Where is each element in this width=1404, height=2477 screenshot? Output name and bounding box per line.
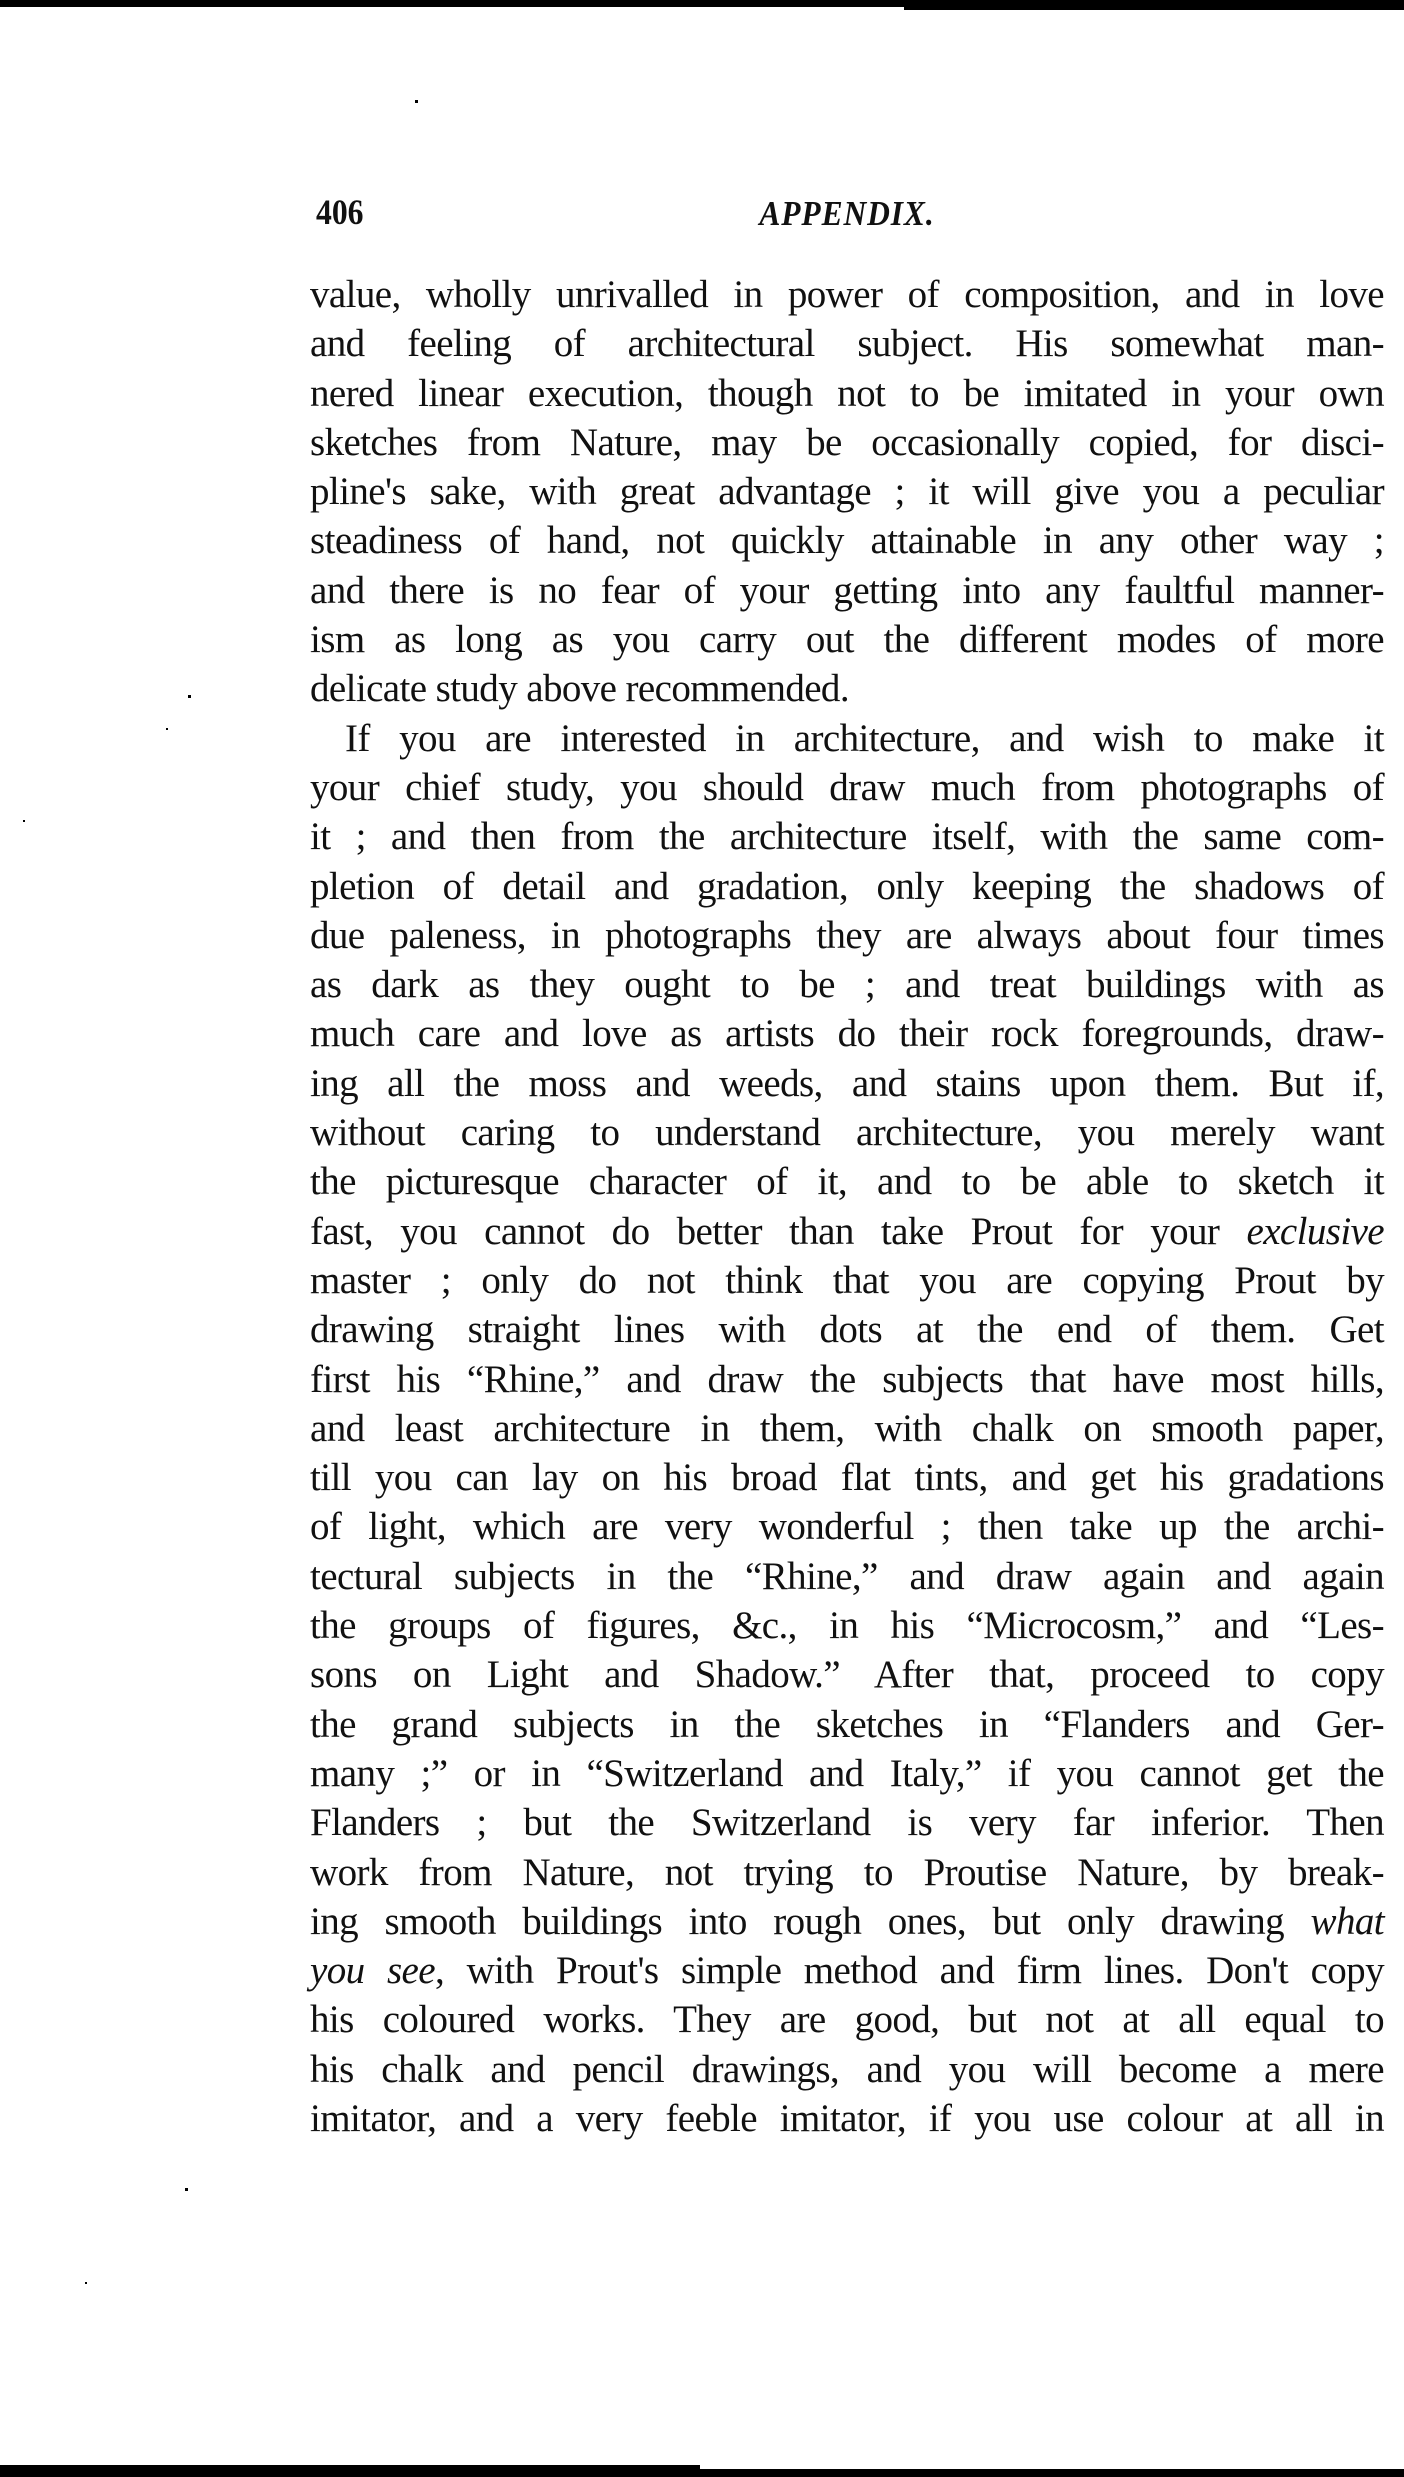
- text-line: ism as long as you carry out the differe…: [310, 615, 1384, 664]
- italic-emphasis: you see: [310, 1949, 435, 1992]
- text-line: pline's sake, with great advantage ; it …: [310, 467, 1384, 516]
- running-head: 406 APPENDIX.: [310, 192, 1384, 232]
- text-line: fast, you cannot do better than take Pro…: [310, 1207, 1384, 1256]
- paragraph: value, wholly unrivalled in power of com…: [310, 270, 1384, 714]
- scan-speck: [415, 100, 418, 103]
- scan-speck: [188, 695, 191, 698]
- text-line: his coloured works. They are good, but n…: [310, 1995, 1384, 2044]
- text-line: Flanders ; but the Switzerland is very f…: [310, 1798, 1384, 1847]
- italic-emphasis: what: [1311, 1900, 1384, 1943]
- scan-speck: [166, 728, 168, 730]
- text-line: nered linear execution, though not to be…: [310, 369, 1384, 418]
- scan-speck: [23, 820, 25, 822]
- text-line: work from Nature, not trying to Proutise…: [310, 1848, 1384, 1897]
- text-line: and least architecture in them, with cha…: [310, 1404, 1384, 1453]
- scan-speck: [185, 2188, 188, 2191]
- text-line: the grand subjects in the sketches in “F…: [310, 1700, 1384, 1749]
- text-line: sons on Light and Shadow.” After that, p…: [310, 1650, 1384, 1699]
- text-line: much care and love as artists do their r…: [310, 1009, 1384, 1058]
- text-line: as dark as they ought to be ; and treat …: [310, 960, 1384, 1009]
- text-line: ing smooth buildings into rough ones, bu…: [310, 1897, 1384, 1946]
- text-line: tectural subjects in the “Rhine,” and dr…: [310, 1552, 1384, 1601]
- text-line: your chief study, you should draw much f…: [310, 763, 1384, 812]
- scan-border-top: [0, 0, 1404, 7]
- text-line: you see, with Prout's simple method and …: [310, 1946, 1384, 1995]
- text-line: master ; only do not think that you are …: [310, 1256, 1384, 1305]
- text-line: the picturesque character of it, and to …: [310, 1157, 1384, 1206]
- text-line: imitator, and a very feeble imitator, if…: [310, 2094, 1384, 2143]
- scan-border-bottom: [0, 2469, 1404, 2477]
- text-line: of light, which are very wonderful ; the…: [310, 1502, 1384, 1551]
- text-line: many ;” or in “Switzerland and Italy,” i…: [310, 1749, 1384, 1798]
- text-line: due paleness, in photographs they are al…: [310, 911, 1384, 960]
- text-line: steadiness of hand, not quickly attainab…: [310, 516, 1384, 565]
- text-line: pletion of detail and gradation, only ke…: [310, 862, 1384, 911]
- italic-emphasis: exclusive: [1247, 1210, 1385, 1253]
- text-line: and there is no fear of your getting int…: [310, 566, 1384, 615]
- running-head-title: APPENDIX.: [364, 192, 1331, 236]
- text-line: it ; and then from the architecture itse…: [310, 812, 1384, 861]
- text-line: his chalk and pencil drawings, and you w…: [310, 2045, 1384, 2094]
- text-line: ing all the moss and weeds, and stains u…: [310, 1059, 1384, 1108]
- page-number: 406: [316, 192, 364, 232]
- paragraph: If you are interested in architecture, a…: [310, 714, 1384, 2144]
- text-line: sketches from Nature, may be occasionall…: [310, 418, 1384, 467]
- text-line: first his “Rhine,” and draw the subjects…: [310, 1355, 1384, 1404]
- text-line: value, wholly unrivalled in power of com…: [310, 270, 1384, 319]
- text-line: drawing straight lines with dots at the …: [310, 1305, 1384, 1354]
- text-line: delicate study above recommended.: [310, 664, 1384, 713]
- text-line: the groups of figures, &c., in his “Micr…: [310, 1601, 1384, 1650]
- text-line: If you are interested in architecture, a…: [310, 714, 1384, 763]
- body-text: value, wholly unrivalled in power of com…: [310, 270, 1384, 2143]
- scan-speck: [85, 2282, 87, 2284]
- text-line: till you can lay on his broad flat tints…: [310, 1453, 1384, 1502]
- text-line: without caring to understand architectur…: [310, 1108, 1384, 1157]
- text-line: and feeling of architectural subject. Hi…: [310, 319, 1384, 368]
